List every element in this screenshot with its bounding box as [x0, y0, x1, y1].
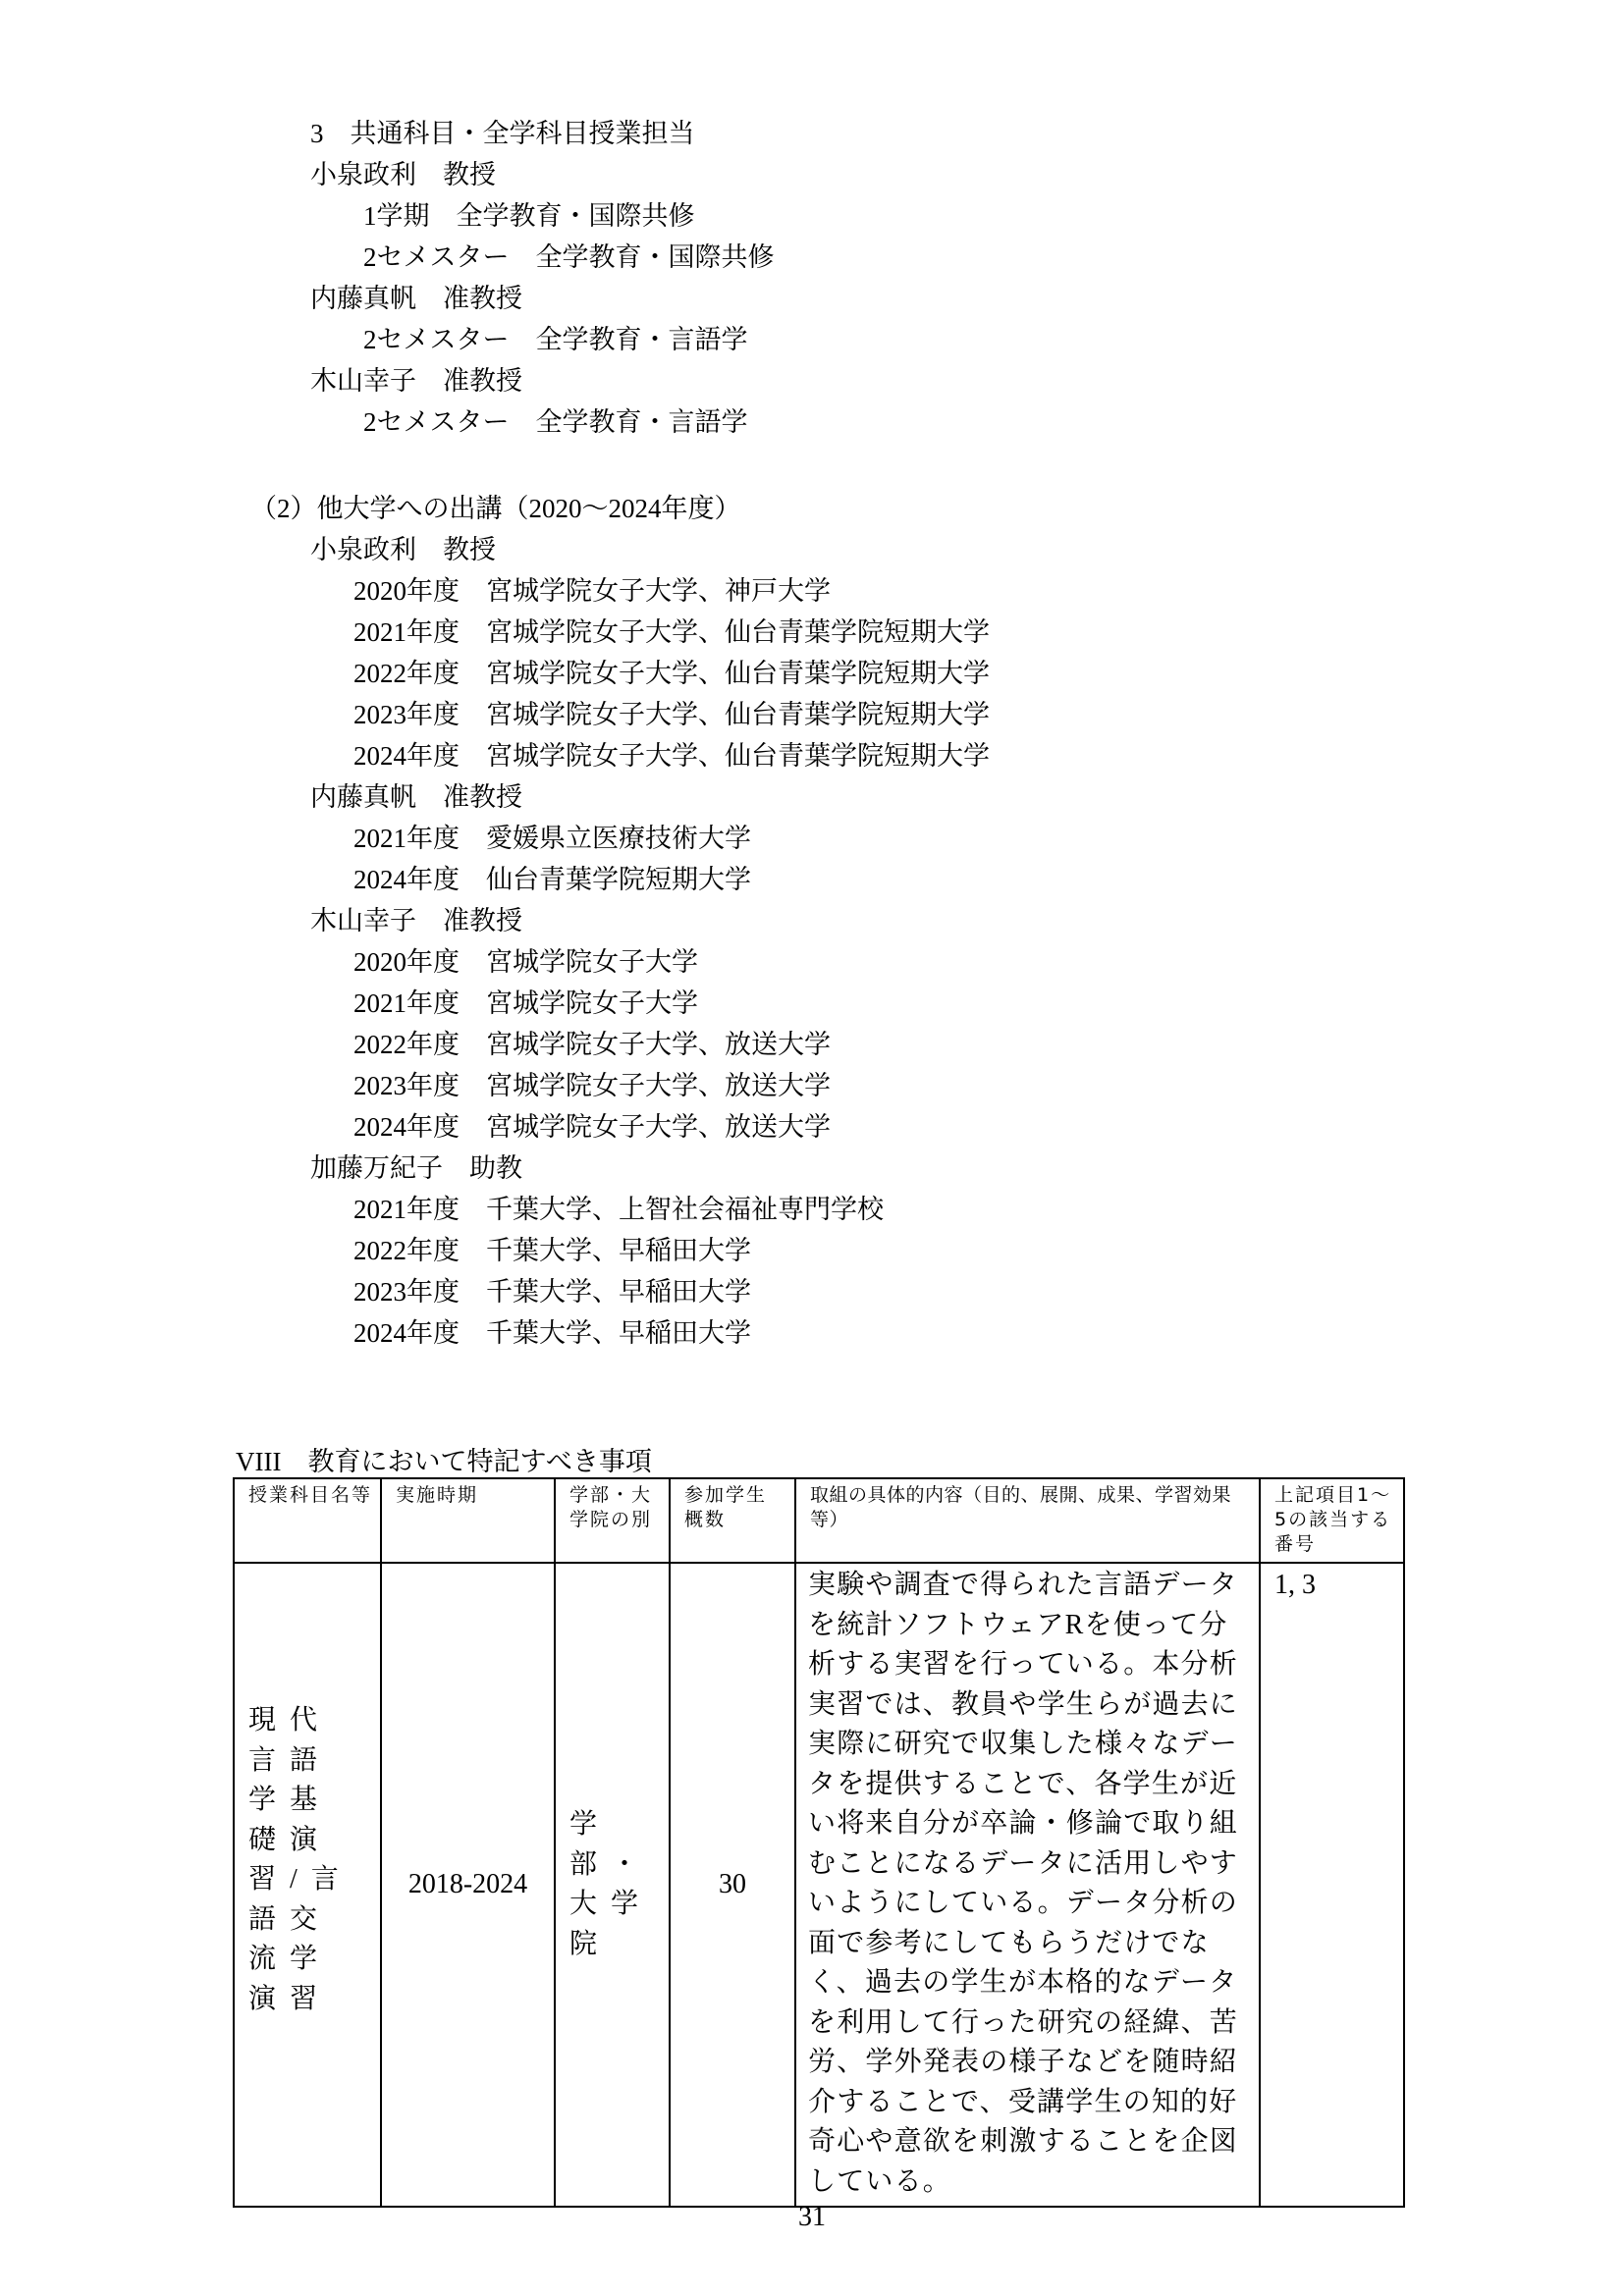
cell-content: 実験や調査で得られた言語データを統計ソフトウェアRを使って分析する実習を行ってい…	[795, 1563, 1260, 2207]
cell-students: 30	[670, 1563, 795, 2207]
course-entry: 1学期 全学教育・国際共修	[363, 200, 695, 232]
lecture-entry: 2023年度 宮城学院女子大学、仙台青葉学院短期大学	[353, 699, 990, 730]
header-items: 上記項目1～5の該当する番号	[1260, 1478, 1404, 1563]
lecture-entry: 2022年度 千葉大学、早稲田大学	[353, 1235, 751, 1266]
faculty-name: 加藤万紀子 助教	[310, 1152, 522, 1184]
faculty-name: 内藤真帆 准教授	[310, 781, 522, 813]
faculty-name: 内藤真帆 准教授	[310, 283, 522, 314]
header-course-name: 授業科目名等	[234, 1478, 381, 1563]
faculty-name: 木山幸子 准教授	[310, 365, 522, 397]
table-header-row: 授業科目名等 実施時期 学部・大学院の別 参加学生概数 取組の具体的内容（目的、…	[234, 1478, 1404, 1563]
section8-title: VIII 教育において特記すべき事項	[236, 1446, 652, 1477]
lecture-entry: 2021年度 宮城学院女子大学	[353, 988, 698, 1019]
lecture-entry: 2023年度 千葉大学、早稲田大学	[353, 1276, 751, 1308]
lecture-entry: 2024年度 千葉大学、早稲田大学	[353, 1317, 751, 1349]
header-division: 学部・大学院の別	[555, 1478, 670, 1563]
lecture-entry: 2021年度 宮城学院女子大学、仙台青葉学院短期大学	[353, 616, 990, 648]
section2-heading: （2）他大学への出講（2020～2024年度）	[250, 493, 741, 524]
lecture-entry: 2020年度 宮城学院女子大学	[353, 946, 698, 978]
course-entry: 2セメスター 全学教育・言語学	[363, 324, 748, 355]
cell-course-name: 現代言語学基礎演習/言語交流学演習	[234, 1563, 381, 2207]
course-entry: 2セメスター 全学教育・国際共修	[363, 241, 775, 273]
cell-period: 2018-2024	[381, 1563, 555, 2207]
lecture-entry: 2022年度 宮城学院女子大学、仙台青葉学院短期大学	[353, 658, 990, 689]
lecture-entry: 2021年度 千葉大学、上智社会福祉専門学校	[353, 1194, 884, 1225]
faculty-name: 木山幸子 准教授	[310, 905, 522, 936]
lecture-entry: 2024年度 宮城学院女子大学、放送大学	[353, 1111, 831, 1143]
faculty-name: 小泉政利 教授	[310, 534, 496, 565]
lecture-entry: 2024年度 仙台青葉学院短期大学	[353, 864, 751, 895]
cell-items: 1, 3	[1260, 1563, 1404, 2207]
cell-division: 学部・大学院	[555, 1563, 670, 2207]
section3-heading: 3 共通科目・全学科目授業担当	[310, 118, 695, 149]
lecture-entry: 2023年度 宮城学院女子大学、放送大学	[353, 1070, 831, 1101]
lecture-entry: 2022年度 宮城学院女子大学、放送大学	[353, 1029, 831, 1060]
lecture-entry: 2020年度 宮城学院女子大学、神戸大学	[353, 575, 831, 607]
faculty-name: 小泉政利 教授	[310, 159, 496, 190]
lecture-entry: 2021年度 愛媛県立医療技術大学	[353, 823, 751, 854]
header-content: 取組の具体的内容（目的、展開、成果、学習効果等）	[795, 1478, 1260, 1563]
course-entry: 2セメスター 全学教育・言語学	[363, 406, 748, 438]
education-notes-table: 授業科目名等 実施時期 学部・大学院の別 参加学生概数 取組の具体的内容（目的、…	[233, 1477, 1405, 2208]
header-students: 参加学生概数	[670, 1478, 795, 1563]
header-period: 実施時期	[381, 1478, 555, 1563]
table-row: 現代言語学基礎演習/言語交流学演習 2018-2024 学部・大学院 30 実験…	[234, 1563, 1404, 2207]
page-number: 31	[0, 2202, 1624, 2233]
lecture-entry: 2024年度 宮城学院女子大学、仙台青葉学院短期大学	[353, 740, 990, 772]
